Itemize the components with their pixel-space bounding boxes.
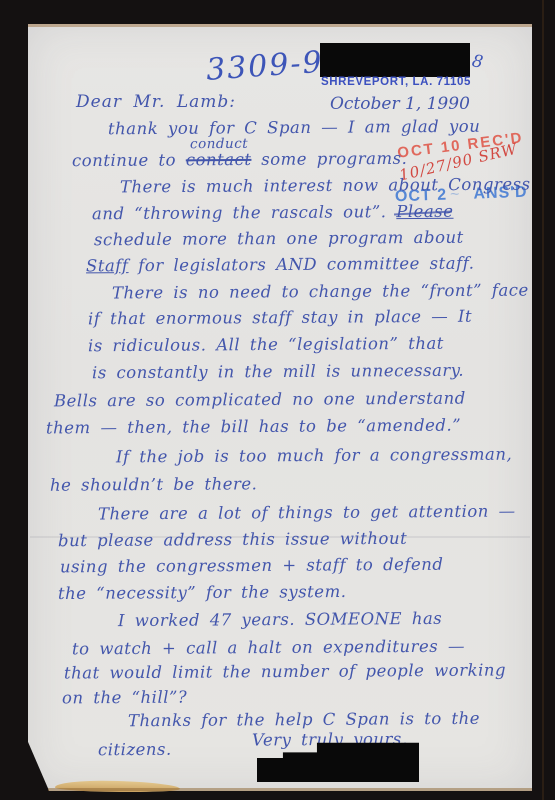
handwritten-line: is constantly in the mill is unnecessary… [92, 361, 464, 383]
handwritten-line: to watch + call a halt on expenditures — [72, 637, 465, 660]
handwritten-text: for legislators AND committee staff. [128, 254, 474, 275]
handwritten-text: Thanks for the help C Span is to the [128, 709, 480, 730]
handwritten-text: Staff [86, 256, 129, 275]
handwritten-line: If the job is too much for a congressman… [116, 445, 512, 468]
handwritten-line: but please address this issue without [58, 529, 407, 551]
handwritten-line: Thanks for the help C Span is to the [128, 709, 480, 731]
handwritten-text: them — then, the bill has to be “amended… [46, 416, 461, 438]
handwritten-text: and “throwing the rascals out”. [92, 202, 396, 223]
scanned-letter-view: 3309-90 8 SHREVEPORT, LA. 71105 October … [0, 0, 555, 800]
handwritten-line: the “necessity” for the system. [58, 582, 347, 604]
handwritten-text: that would limit the number of people wo… [64, 660, 506, 682]
handwritten-text: Please [396, 202, 453, 221]
salutation: Dear Mr. Lamb: [76, 92, 236, 112]
handwritten-line: I worked 47 years. SOMEONE has [118, 609, 442, 631]
handwritten-text: the “necessity” for the system. [58, 582, 347, 603]
letter-date: October 1, 1990 [330, 94, 470, 114]
handwritten-text: some programs. [251, 149, 407, 169]
handwritten-line: Staff for legislators AND committee staf… [86, 254, 475, 277]
handwritten-text: schedule more than one program about [94, 228, 464, 250]
handwritten-text: citizens. [98, 740, 172, 760]
handwritten-text: I worked 47 years. SOMEONE has [118, 609, 442, 630]
handwritten-line: if that enormous staff stay in place — I… [88, 307, 472, 329]
handwritten-text: There are a lot of things to get attenti… [98, 502, 516, 524]
handwritten-text: is ridiculous. All the “legislation” tha… [88, 334, 444, 355]
handwritten-line: thank you for C Span — I am glad you [108, 117, 480, 139]
address-redaction-bar [320, 43, 470, 77]
handwritten-text: continue to [72, 150, 186, 170]
handwritten-line: schedule more than one program about [94, 228, 464, 250]
paper-bottom-edge [48, 788, 532, 791]
handwritten-text: is constantly in the mill is unnecessary… [92, 361, 464, 383]
handwritten-text: if that enormous staff stay in place — I… [88, 307, 472, 329]
scanner-mat-edge [542, 0, 544, 800]
handwritten-text: he shouldn’t be there. [50, 474, 258, 494]
handwritten-line: There are a lot of things to get attenti… [98, 502, 516, 525]
handwritten-line: There is much interest now about Congres… [120, 175, 531, 198]
handwritten-text: to watch + call a halt on expenditures — [72, 637, 465, 659]
handwritten-text: using the congressmen + staff to defend [60, 555, 444, 577]
city-stamp: SHREVEPORT, LA. 71105 [321, 76, 471, 88]
handwritten-line: on the “hill”? [62, 688, 187, 709]
handwritten-text: If the job is too much for a congressman… [116, 445, 512, 467]
handwritten-line: them — then, the bill has to be “amended… [46, 416, 461, 439]
handwritten-line: using the congressmen + staff to defend [60, 555, 444, 577]
handwritten-line: Bells are so complicated no one understa… [54, 389, 466, 412]
handwritten-line: There is no need to change the “front” f… [112, 281, 529, 304]
handwritten-line: citizens. [98, 740, 172, 760]
handwritten-line: that would limit the number of people wo… [64, 660, 506, 683]
handwritten-line: continue to contact some programs. [72, 149, 407, 171]
handwritten-line: and “throwing the rascals out”. Please [92, 202, 454, 224]
handwritten-line: he shouldn’t be there. [50, 474, 258, 495]
handwritten-text: on the “hill”? [62, 688, 187, 708]
handwritten-text: thank you for C Span — I am glad you [108, 117, 480, 139]
paper-top-edge [28, 24, 532, 27]
handwritten-text: contact [186, 150, 252, 169]
handwritten-text: but please address this issue without [58, 529, 407, 550]
handwritten-text: There is much interest now about Congres… [120, 175, 531, 197]
handwritten-text: Bells are so complicated no one understa… [54, 389, 466, 411]
handwritten-text: There is no need to change the “front” f… [112, 281, 529, 303]
handwritten-line: is ridiculous. All the “legislation” tha… [88, 334, 444, 356]
